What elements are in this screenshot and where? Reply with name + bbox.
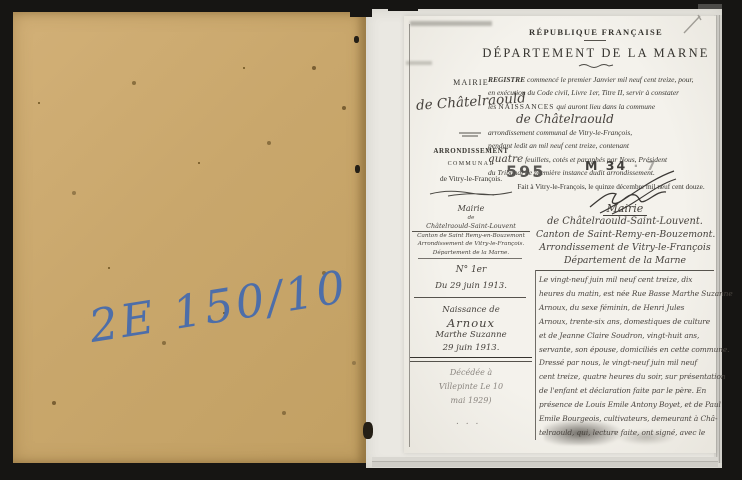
- margin-rule-squiggle: [458, 131, 482, 137]
- act-body-line: heures du matin, est née Rue Basse Marth…: [539, 287, 715, 301]
- birth-date: 29 juin 1913.: [412, 343, 530, 353]
- page-stack-edge-bottom: [372, 457, 718, 467]
- act-header-arrondissement: Arrondissement de Vitry-le-François: [536, 242, 714, 253]
- register-scan: 2E 150/10 RÉPUBLIQUE FRANÇAISE DÉPARTEME…: [0, 0, 742, 480]
- act-top-rule: [535, 270, 714, 271]
- folio-number-stamp: 595: [506, 162, 545, 181]
- register-page: RÉPUBLIQUE FRANÇAISE DÉPARTEMENT DE LA M…: [366, 9, 722, 468]
- margin-double-rule: [410, 357, 532, 362]
- child-surname: Arnoux: [412, 316, 530, 330]
- act-header-commune: de Châtelraould-Saint-Louvent.: [536, 216, 714, 227]
- binding-tear: [363, 422, 373, 439]
- register-line: les NAISSANCES qui auront lieu dans la c…: [488, 100, 714, 113]
- register-line: pendant ledit an mil neuf cent treize, c…: [488, 139, 714, 152]
- register-line: en exécution du Code civil, Livre 1er, T…: [488, 86, 714, 99]
- act-header-mairie: Mairie: [536, 202, 714, 215]
- stitch-hole: [354, 36, 359, 43]
- act-date-label: Du 29 juin 1913.: [412, 281, 530, 291]
- scan-smudge: [410, 21, 492, 26]
- act-body-line: Dressé par nous, le vingt-neuf juin mil …: [539, 356, 715, 370]
- header-rule: [584, 40, 606, 41]
- faint-dots: . . .: [456, 417, 480, 427]
- republic-header: RÉPUBLIQUE FRANÇAISE: [476, 27, 716, 37]
- naissance-label: Naissance de: [412, 305, 530, 315]
- ink-blot: [544, 419, 624, 445]
- binding-gap-notch: [388, 0, 418, 11]
- register-commune-handwritten: de Châtelraould: [488, 113, 714, 126]
- margin-flourish: [428, 188, 514, 198]
- register-line: REGISTRE commencé le premier Janvier mil…: [488, 73, 714, 86]
- department-header: DÉPARTEMENT DE LA MARNE: [466, 46, 726, 61]
- archive-cote-label: 2E 150/10: [85, 260, 350, 353]
- act-body-line: présence de Louis Emile Antony Boyet, et…: [539, 398, 715, 412]
- register-word-naissances: NAISSANCES: [498, 102, 554, 111]
- act-body-line: Arnoux, du sexe féminin, de Henri Jules: [539, 301, 715, 315]
- ornament-squiggle: [578, 63, 614, 69]
- act-header-departement: Département de la Marne: [536, 255, 714, 266]
- act-body-line: Arnoux, trente-six ans, domestiques de c…: [539, 315, 715, 329]
- act-body-line: cent treize, quatre heures du soir, sur …: [539, 370, 715, 384]
- stitch-hole: [355, 165, 360, 173]
- binding-gap-notch: [350, 0, 372, 17]
- act-body-line: servante, son épouse, domiciliés en cett…: [539, 343, 715, 357]
- register-line: arrondissement communal de Vitry-le-Fran…: [488, 126, 714, 139]
- ink-blot: [616, 429, 676, 445]
- margin-rule: [414, 297, 526, 298]
- act-body-line: de l'enfant et déclaration faite par le …: [539, 384, 715, 398]
- margin-rule: [418, 258, 522, 259]
- act-margin-rule: [535, 270, 536, 440]
- act-number: N° 1er: [412, 265, 530, 275]
- book-cover: 2E 150/10: [13, 12, 366, 463]
- paper-specks: [13, 12, 15, 14]
- act-body-line: et de Jeanne Claire Soudron, vingt-huit …: [539, 329, 715, 343]
- form-left-border: [409, 24, 410, 447]
- act-body-line: Le vingt-neuf juin mil neuf cent treize,…: [539, 273, 715, 287]
- death-mention: Décédée à Villepinte Le 10 mai 1929): [412, 366, 530, 408]
- act-header-canton: Canton de Saint-Remy-en-Bouzemont.: [536, 229, 714, 240]
- act-margin-mairie-block: Mairie de Châtelraould-Saint-Louvent Can…: [412, 205, 530, 257]
- child-given-names: Marthe Suzanne: [412, 330, 530, 340]
- register-word-registre: REGISTRE: [488, 75, 525, 84]
